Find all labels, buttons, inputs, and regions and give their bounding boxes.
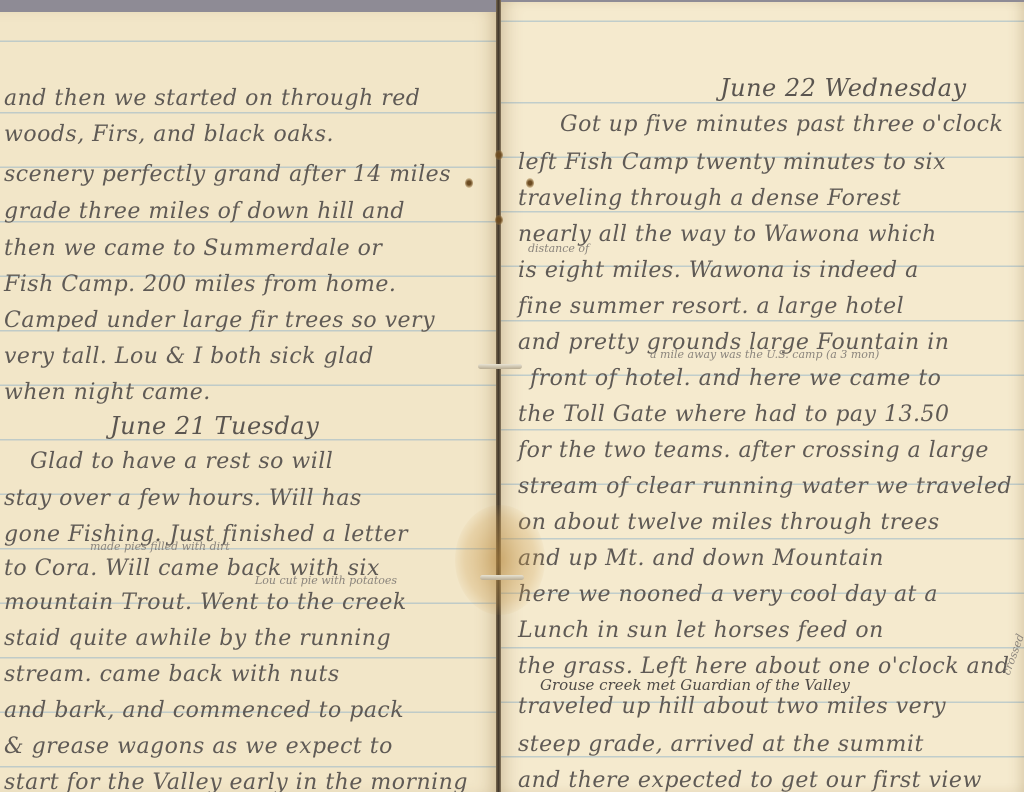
binding-gutter	[496, 0, 501, 792]
right-line-10: for the two teams. after crossing a larg…	[518, 438, 989, 463]
right-line-9: the Toll Gate where had to pay 13.50	[518, 402, 949, 427]
left-line-17: stream. came back with nuts	[4, 662, 340, 687]
right-line-8: front of hotel. and here we came to	[530, 366, 941, 391]
left-line-11: Glad to have a rest so will	[30, 449, 333, 474]
punch-hole	[495, 215, 503, 225]
left-line-2: woods, Firs, and black oaks.	[4, 122, 334, 147]
right-line-13: and up Mt. and down Mountain	[518, 546, 884, 571]
right-line-14: here we nooned a very cool day at a	[518, 582, 938, 607]
left-line-7: Camped under large fir trees so very	[4, 308, 435, 333]
right-annotation-grouse-creek: Grouse creek met Guardian of the Valley	[540, 676, 850, 694]
left-line-3: scenery perfectly grand after 14 miles	[4, 162, 451, 187]
binding-thread	[480, 575, 524, 580]
punch-hole	[495, 150, 503, 160]
left-entry-heading: June 21 Tuesday	[110, 412, 319, 440]
right-line-15: Lunch in sun let horses feed on	[518, 618, 884, 643]
left-line-15: mountain Trout. Went to the creek	[4, 590, 407, 615]
left-line-1: and then we started on through red	[4, 86, 420, 111]
left-line-8: very tall. Lou & I both sick glad	[4, 344, 374, 369]
left-line-6: Fish Camp. 200 miles from home.	[4, 272, 396, 297]
right-line-19: and there expected to get our first view	[518, 768, 982, 792]
left-page: and then we started on through red woods…	[0, 12, 498, 792]
water-stain	[455, 505, 545, 615]
left-line-5: then we came to Summerdale or	[4, 236, 382, 261]
left-line-9: when night came.	[4, 380, 211, 405]
right-annotation-distance: distance of	[528, 242, 589, 255]
right-line-17: traveled up hill about two miles very	[518, 694, 946, 719]
right-page: June 22 Wednesday Got up five minutes pa…	[500, 2, 1024, 792]
binding-thread	[478, 364, 522, 369]
right-line-1: Got up five minutes past three o'clock	[560, 112, 1003, 137]
right-line-11: stream of clear running water we travele…	[518, 474, 1012, 499]
left-line-16: staid quite awhile by the running	[4, 626, 391, 651]
right-line-3: traveling through a dense Forest	[518, 186, 901, 211]
right-annotation-camp: a mile away was the U.S. camp (a 3 mon)	[650, 348, 879, 361]
left-line-18: and bark, and commenced to pack	[4, 698, 404, 723]
right-line-18: steep grade, arrived at the summit	[518, 732, 924, 757]
punch-hole	[526, 178, 534, 188]
right-line-2: left Fish Camp twenty minutes to six	[518, 150, 946, 175]
left-annotation-2: Lou cut pie with potatoes	[255, 574, 397, 587]
notebook-spread: and then we started on through red woods…	[0, 0, 1024, 792]
left-line-20: start for the Valley early in the mornin…	[4, 770, 468, 792]
right-line-5: is eight miles. Wawona is indeed a	[518, 258, 919, 283]
right-entry-heading: June 22 Wednesday	[720, 74, 967, 102]
left-line-4: grade three miles of down hill and	[4, 199, 405, 224]
punch-hole	[465, 178, 473, 188]
left-line-19: & grease wagons as we expect to	[4, 734, 393, 759]
left-annotation-1: made pies filled with dirt	[90, 540, 230, 553]
right-line-6: fine summer resort. a large hotel	[518, 294, 904, 319]
left-line-12: stay over a few hours. Will has	[4, 486, 362, 511]
right-line-12: on about twelve miles through trees	[518, 510, 940, 535]
